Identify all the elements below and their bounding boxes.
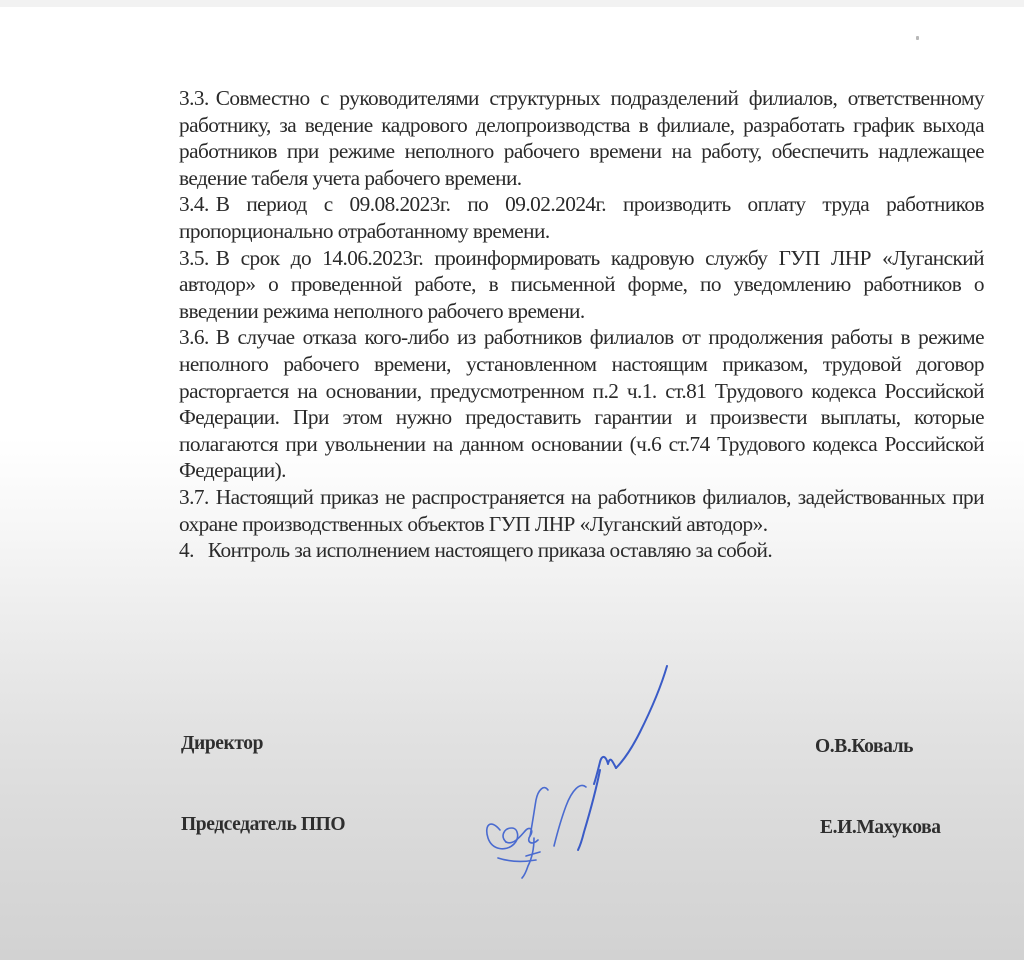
paragraph-text: В случае отказа кого-либо из работников …	[179, 325, 984, 482]
paragraph-text: Настоящий приказ не распространяется на …	[179, 485, 984, 536]
top-strip	[0, 0, 1024, 7]
paragraph-3-5: 3.5.В срок до 14.06.2023г. проинформиров…	[179, 245, 984, 325]
signatory-role-director: Директор	[181, 733, 263, 755]
paragraph-number: 4.	[179, 538, 194, 562]
paragraph-3-6: 3.6.В случае отказа кого-либо из работни…	[179, 324, 984, 484]
paragraph-3-4: 3.4.В период с 09.08.2023г. по 09.02.202…	[179, 191, 984, 244]
signatory-role-union-chair: Председатель ППО	[181, 814, 345, 836]
paragraph-3-3: 3.3.Совместно с руководителями структурн…	[179, 85, 984, 191]
paragraph-text: В срок до 14.06.2023г. проинформировать …	[179, 246, 984, 323]
paragraph-number: 3.3.	[179, 86, 209, 110]
paragraph-3-7: 3.7.Настоящий приказ не распространяется…	[179, 484, 984, 537]
scan-speck	[916, 36, 919, 40]
paragraph-number: 3.5.	[179, 246, 209, 270]
paragraph-number: 3.6.	[179, 325, 209, 349]
signatory-name-director: О.В.Коваль	[815, 736, 913, 758]
document-body: 3.3.Совместно с руководителями структурн…	[179, 85, 984, 564]
paragraph-text: Контроль за исполнением настоящего прика…	[208, 538, 772, 562]
paragraph-4: 4.Контроль за исполнением настоящего при…	[179, 537, 984, 564]
paragraph-text: Совместно с руководителями структурных п…	[179, 86, 984, 190]
paragraph-text: В период с 09.08.2023г. по 09.02.2024г. …	[179, 192, 984, 243]
paragraph-number: 3.4.	[179, 192, 209, 216]
signatory-name-union-chair: Е.И.Махукова	[820, 817, 941, 839]
paragraph-number: 3.7.	[179, 485, 209, 509]
